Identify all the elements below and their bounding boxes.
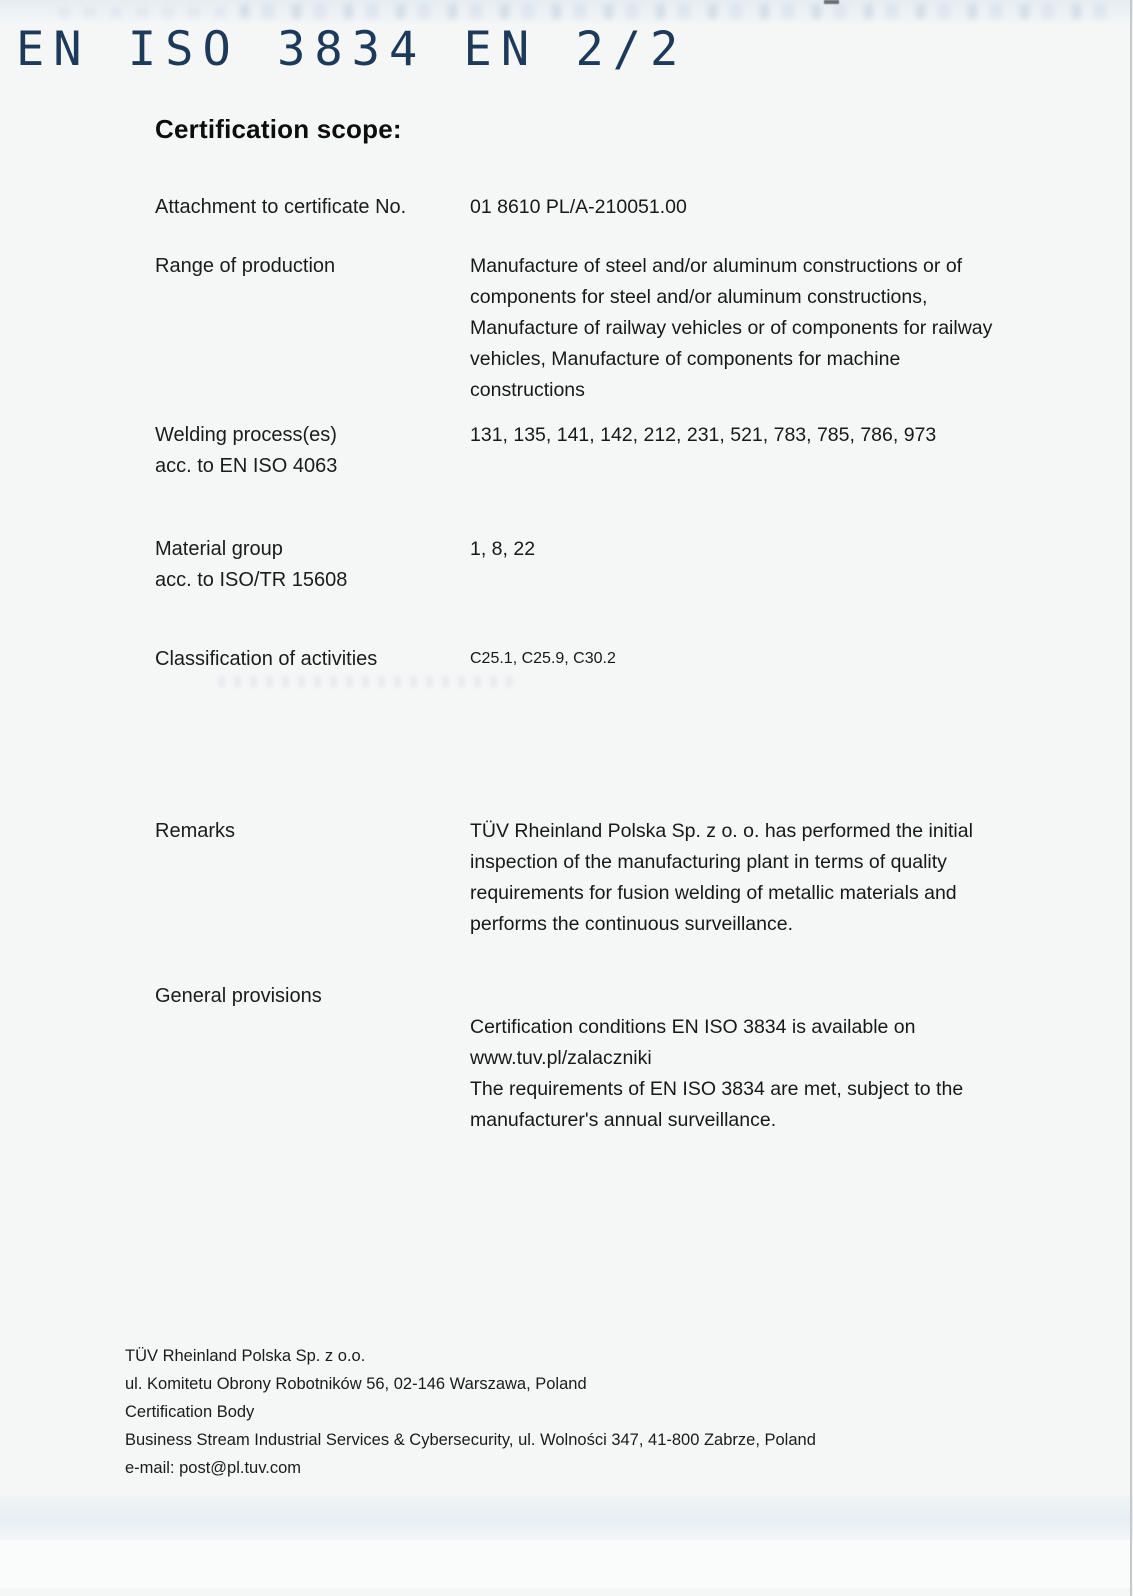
footer-address-block: TÜV Rheinland Polska Sp. z o.o. ul. Komi… [125,1348,1025,1488]
general-provisions-paragraph-1: Certification conditions EN ISO 3834 is … [470,1016,916,1069]
field-label-classification: Classification of activities [155,644,455,675]
field-value-range-of-production: Manufacture of steel and/or aluminum con… [470,251,1090,406]
scan-right-edge-line [1130,0,1132,1596]
bleedthrough-ghost-line [218,676,514,687]
field-value-welding-processes: 131, 135, 141, 142, 212, 231, 521, 783, … [470,420,1090,451]
bleedthrough-smudge-left [58,8,228,17]
field-label-range-of-production: Range of production [155,251,455,282]
field-value-material-group: 1, 8, 22 [470,534,1090,565]
scan-bottom-white-band [0,1540,1133,1588]
scan-edge-mark [824,0,839,4]
footer-company-address: ul. Komitetu Obrony Robotników 56, 02-14… [125,1376,1025,1393]
general-provisions-paragraph-2: The requirements of EN ISO 3834 are met,… [470,1074,1090,1136]
footer-email: e-mail: post@pl.tuv.com [125,1460,1025,1477]
field-value-remarks: TÜV Rheinland Polska Sp. z o. o. has per… [470,816,1090,940]
footer-company-name: TÜV Rheinland Polska Sp. z o.o. [125,1348,1025,1365]
section-heading: Certification scope: [155,114,402,145]
field-value-general-provisions: Certification conditions EN ISO 3834 is … [470,981,1090,1167]
field-label-welding-processes: Welding process(es) acc. to EN ISO 4063 [155,420,455,482]
field-label-material-group: Material group acc. to ISO/TR 15608 [155,534,455,596]
document-title: EN ISO 3834 EN 2/2 [16,22,687,77]
footer-certification-body: Certification Body [125,1404,1025,1421]
field-label-attachment: Attachment to certificate No. [155,192,455,223]
field-label-remarks: Remarks [155,816,455,847]
footer-business-stream: Business Stream Industrial Services & Cy… [125,1432,1025,1449]
field-value-classification: C25.1, C25.9, C30.2 [470,644,1090,670]
field-label-general-provisions: General provisions [155,981,455,1012]
scan-bottom-band [0,1496,1133,1540]
bleedthrough-smudge [240,4,1120,19]
field-value-attachment: 01 8610 PL/A-210051.00 [470,192,1090,223]
